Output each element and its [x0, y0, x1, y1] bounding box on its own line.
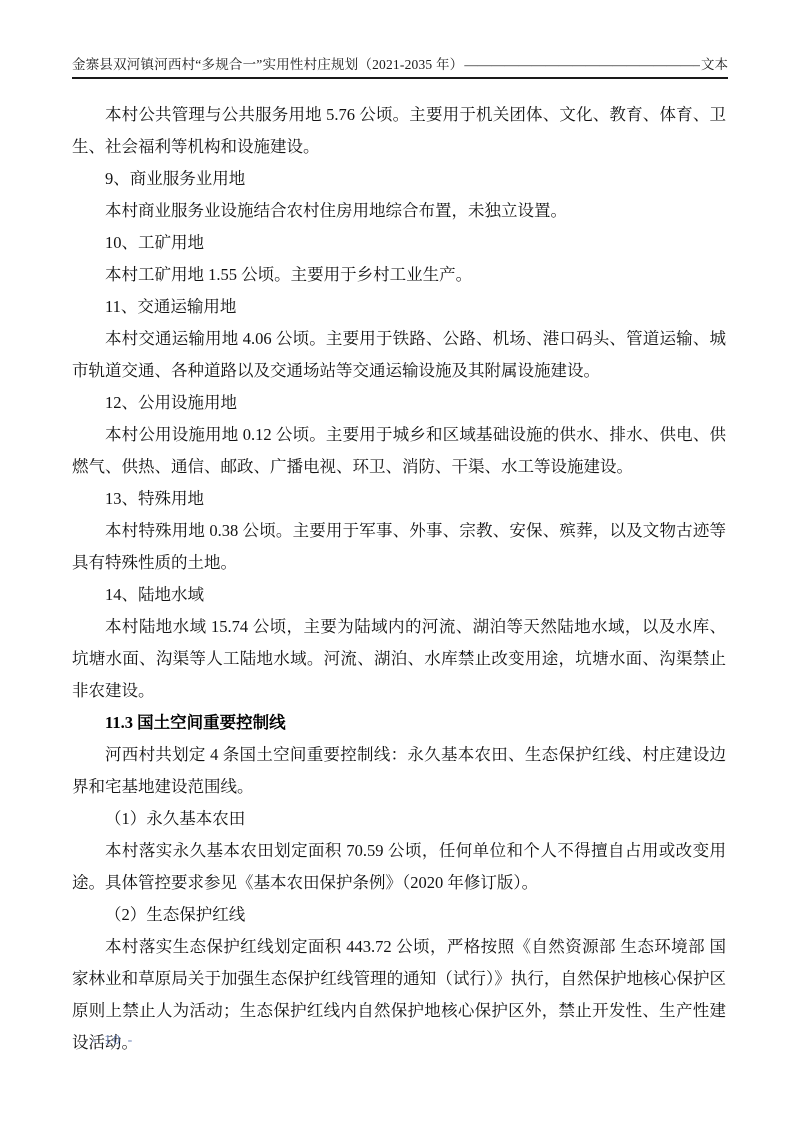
paragraph: 本村陆地水域 15.74 公顷，主要为陆域内的河流、湖泊等天然陆地水域，以及水库…: [72, 611, 726, 707]
paragraph: 本村工矿用地 1.55 公顷。主要用于乡村工业生产。: [72, 259, 726, 291]
document-page: 金寨县双河镇河西村“多规合一”实用性村庄规划（2021-2035 年） ————…: [0, 0, 794, 1122]
paragraph: 本村落实永久基本农田划定面积 70.59 公顷，任何单位和个人不得擅自占用或改变…: [72, 835, 726, 899]
document-body: 本村公共管理与公共服务用地 5.76 公顷。主要用于机关团体、文化、教育、体育、…: [72, 99, 726, 1059]
paragraph: 河西村共划定 4 条国土空间重要控制线：永久基本农田、生态保护红线、村庄建设边界…: [72, 739, 726, 803]
header-dash-filler: ——————————————————————————————: [464, 55, 700, 74]
subsection-title: 13、特殊用地: [72, 483, 726, 515]
subsection-title: 14、陆地水域: [72, 579, 726, 611]
page-header: 金寨县双河镇河西村“多规合一”实用性村庄规划（2021-2035 年） ————…: [72, 55, 728, 79]
header-doc-type-label: 文本: [701, 55, 728, 74]
subsection-title: （1）永久基本农田: [72, 803, 726, 835]
subsection-title: （2）生态保护红线: [72, 899, 726, 931]
paragraph: 本村落实生态保护红线划定面积 443.72 公顷，严格按照《自然资源部 生态环境…: [72, 931, 726, 1059]
paragraph: 本村交通运输用地 4.06 公顷。主要用于铁路、公路、机场、港口码头、管道运输、…: [72, 323, 726, 387]
subsection-title: 11、交通运输用地: [72, 291, 726, 323]
paragraph: 本村公用设施用地 0.12 公顷。主要用于城乡和区域基础设施的供水、排水、供电、…: [72, 419, 726, 483]
page-number: - 10 -: [92, 1031, 134, 1051]
paragraph: 本村公共管理与公共服务用地 5.76 公顷。主要用于机关团体、文化、教育、体育、…: [72, 99, 726, 163]
subsection-title: 12、公用设施用地: [72, 387, 726, 419]
document-title: 金寨县双河镇河西村“多规合一”实用性村庄规划（2021-2035 年）: [72, 55, 463, 74]
paragraph: 本村特殊用地 0.38 公顷。主要用于军事、外事、宗教、安保、殡葬，以及文物古迹…: [72, 515, 726, 579]
subsection-title: 9、商业服务业用地: [72, 163, 726, 195]
subsection-title: 10、工矿用地: [72, 227, 726, 259]
section-heading: 11.3 国土空间重要控制线: [72, 707, 726, 739]
paragraph: 本村商业服务业设施结合农村住房用地综合布置，未独立设置。: [72, 195, 726, 227]
